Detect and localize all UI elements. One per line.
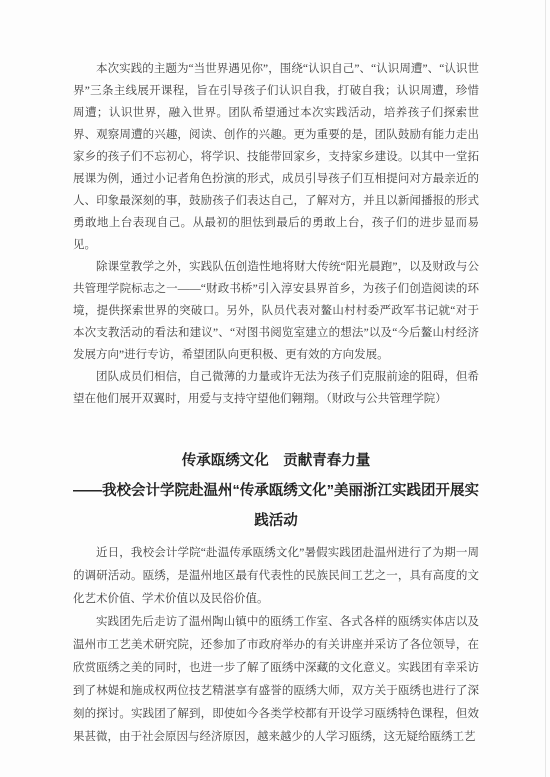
- paragraph: 近日，我校会计学院“赴温传承瓯绣文化”暑假实践团赴温州进行了为期一周的调研活动。…: [73, 542, 479, 611]
- article-1: 本次实践的主题为“当世界遇见你”，围绕“认识自己”、“认识周遭”、“认识世界”三…: [73, 58, 479, 410]
- document-page: 本次实践的主题为“当世界遇见你”，围绕“认识自己”、“认识周遭”、“认识世界”三…: [0, 0, 550, 777]
- title-line-2: ——我校会计学院赴温州“传承瓯绣文化”美丽浙江实践团开展实践活动: [73, 476, 479, 536]
- article-2-title: 传承瓯绣文化 贡献青春力量 ——我校会计学院赴温州“传承瓯绣文化”美丽浙江实践团…: [73, 446, 479, 536]
- paragraph: 除课堂教学之外，实践队伍创造性地将财大传统“阳光晨跑”，以及财政与公共管理学院标…: [73, 256, 479, 366]
- paragraph: 本次实践的主题为“当世界遇见你”，围绕“认识自己”、“认识周遭”、“认识世界”三…: [73, 58, 479, 256]
- paragraph: 实践团先后走访了温州陶山镇中的瓯绣工作室、各式各样的瓯绣实体店以及温州市工艺美术…: [73, 611, 479, 749]
- page-content: 本次实践的主题为“当世界遇见你”，围绕“认识自己”、“认识周遭”、“认识世界”三…: [73, 58, 479, 749]
- page-right-edge: [545, 0, 546, 777]
- article-2: 传承瓯绣文化 贡献青春力量 ——我校会计学院赴温州“传承瓯绣文化”美丽浙江实践团…: [73, 446, 479, 749]
- paragraph: 团队成员们相信，自己微薄的力量或许无法为孩子们克服前途的阻碍，但希望在他们展开双…: [73, 366, 479, 410]
- title-line-1: 传承瓯绣文化 贡献青春力量: [73, 446, 479, 476]
